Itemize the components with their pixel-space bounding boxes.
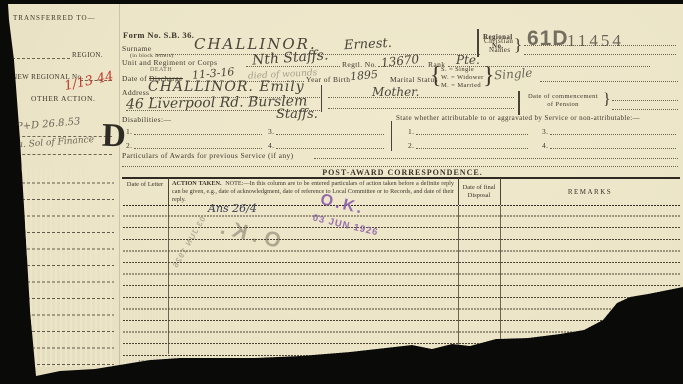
table-body-ruled-rows <box>122 205 680 365</box>
marital-status-value: Single <box>494 66 533 83</box>
column-header-final-disposal: Date of final Disposal <box>459 184 499 200</box>
attributable-3-num: 3. <box>542 127 548 136</box>
table-body-rule-1 <box>168 206 169 354</box>
region-label: REGION. <box>72 51 103 59</box>
transferred-to-label: TRANSFERRED TO— <box>13 14 96 22</box>
regional-no-label: Regional <box>483 33 513 41</box>
table-top-rule <box>122 177 680 179</box>
table-row1-entry: Ans 26/4 <box>208 202 257 215</box>
column-header-action-taken: ACTION TAKEN. NOTE:—In this column are t… <box>172 180 454 203</box>
regional-no-label-2: No. <box>492 42 504 50</box>
awards-label: Particulars of Awards for previous Servi… <box>122 151 294 160</box>
attributable-heading: State whether attributable to or aggrava… <box>396 114 640 122</box>
action-taken-title: ACTION TAKEN. <box>172 180 222 187</box>
address-line3-value: Staffs. <box>276 107 318 122</box>
awards-line-2 <box>122 166 678 167</box>
column-header-date-of-letter: Date of Letter <box>124 181 166 189</box>
disability-3-line <box>276 134 384 135</box>
marital-line <box>540 81 678 82</box>
disability-2-line <box>134 148 262 149</box>
paper-card: TRANSFERRED TO— REGION. NEW REGIONAL No.… <box>0 0 683 384</box>
pencil-note-1: P+D 26.8.53 <box>16 116 81 133</box>
regional-box-rule <box>477 29 479 57</box>
attributable-1-num: 1. <box>408 127 414 136</box>
scanned-pension-record-card: TRANSFERRED TO— REGION. NEW REGIONAL No.… <box>0 0 683 384</box>
disability-1-line <box>134 134 262 135</box>
fold-crease <box>119 4 120 382</box>
attributable-4-line <box>550 148 676 149</box>
christian-line-2 <box>524 54 676 55</box>
region-line <box>12 58 70 59</box>
death-pencil-note: DEATH <box>150 67 172 73</box>
regional-number-stamp: 11454 <box>567 31 624 51</box>
table-header-rule-1 <box>168 178 169 205</box>
relationship-rule-2 <box>328 108 514 109</box>
pension-line <box>612 100 678 101</box>
pension-box-rule <box>518 91 520 115</box>
attributable-2-line <box>416 148 528 149</box>
regional-prefix-stamp: 61D <box>527 27 569 51</box>
pension-brace: } <box>603 92 611 108</box>
margin-ruled-lines <box>10 167 114 367</box>
names-brace: } <box>514 36 522 53</box>
attributable-3-line <box>550 134 676 135</box>
column-header-remarks: REMARKS <box>500 188 680 196</box>
disability-3-num: 3. <box>268 127 274 136</box>
other-action-label: OTHER ACTION. <box>31 94 95 103</box>
disability-1-num: 1. <box>126 127 132 136</box>
disability-4-num: 4. <box>268 141 274 150</box>
relationship-value: Mother. <box>372 85 419 99</box>
year-of-birth-label: Year of Birth <box>306 75 350 84</box>
printer-imprint: 13434 B1250/2487 100bks. 7/19 J.P. Gp.18… <box>138 360 262 366</box>
table-title: POST-AWARD CORRESPONDENCE. <box>122 168 683 177</box>
form-number: Form No. S.B. 36. <box>123 30 194 40</box>
attributable-1-line <box>416 134 528 135</box>
margin-rule <box>12 154 112 155</box>
awards-line <box>314 158 678 159</box>
marital-option-widower: W. = Widower <box>441 74 484 81</box>
relationship-rule <box>328 97 514 98</box>
disability-2-num: 2. <box>126 141 132 150</box>
date-of-label: Date of <box>122 74 147 83</box>
attributable-4-num: 4. <box>542 141 548 150</box>
marital-option-married: M. = Married <box>441 82 481 89</box>
disability-4-line <box>276 148 384 149</box>
disabilities-divider <box>391 121 392 151</box>
table-body-rule-3 <box>500 206 501 340</box>
pension-line-2 <box>612 109 678 110</box>
year-of-birth-value: 1895 <box>349 68 378 83</box>
marital-brace-open: { <box>430 64 442 88</box>
attributable-2-num: 2. <box>408 141 414 150</box>
disabilities-label: Disabilities:— <box>122 115 171 124</box>
address-line1-value: CHALLINOR. Emily <box>148 79 305 95</box>
address-divider <box>321 85 322 112</box>
pencil-note-2: p.a. Sol of Finance <box>9 135 95 151</box>
surname-label: Surname <box>122 44 151 53</box>
table-body-rule-2 <box>458 206 459 346</box>
unit-label: Unit and Regiment or Corps <box>122 58 217 67</box>
marital-option-single: S. = Single <box>441 66 474 73</box>
pension-label: Date of commencement of Pension <box>524 93 602 110</box>
regtl-no-value: 13670 <box>380 52 419 70</box>
christian-names-value: Ernest. <box>344 36 393 53</box>
